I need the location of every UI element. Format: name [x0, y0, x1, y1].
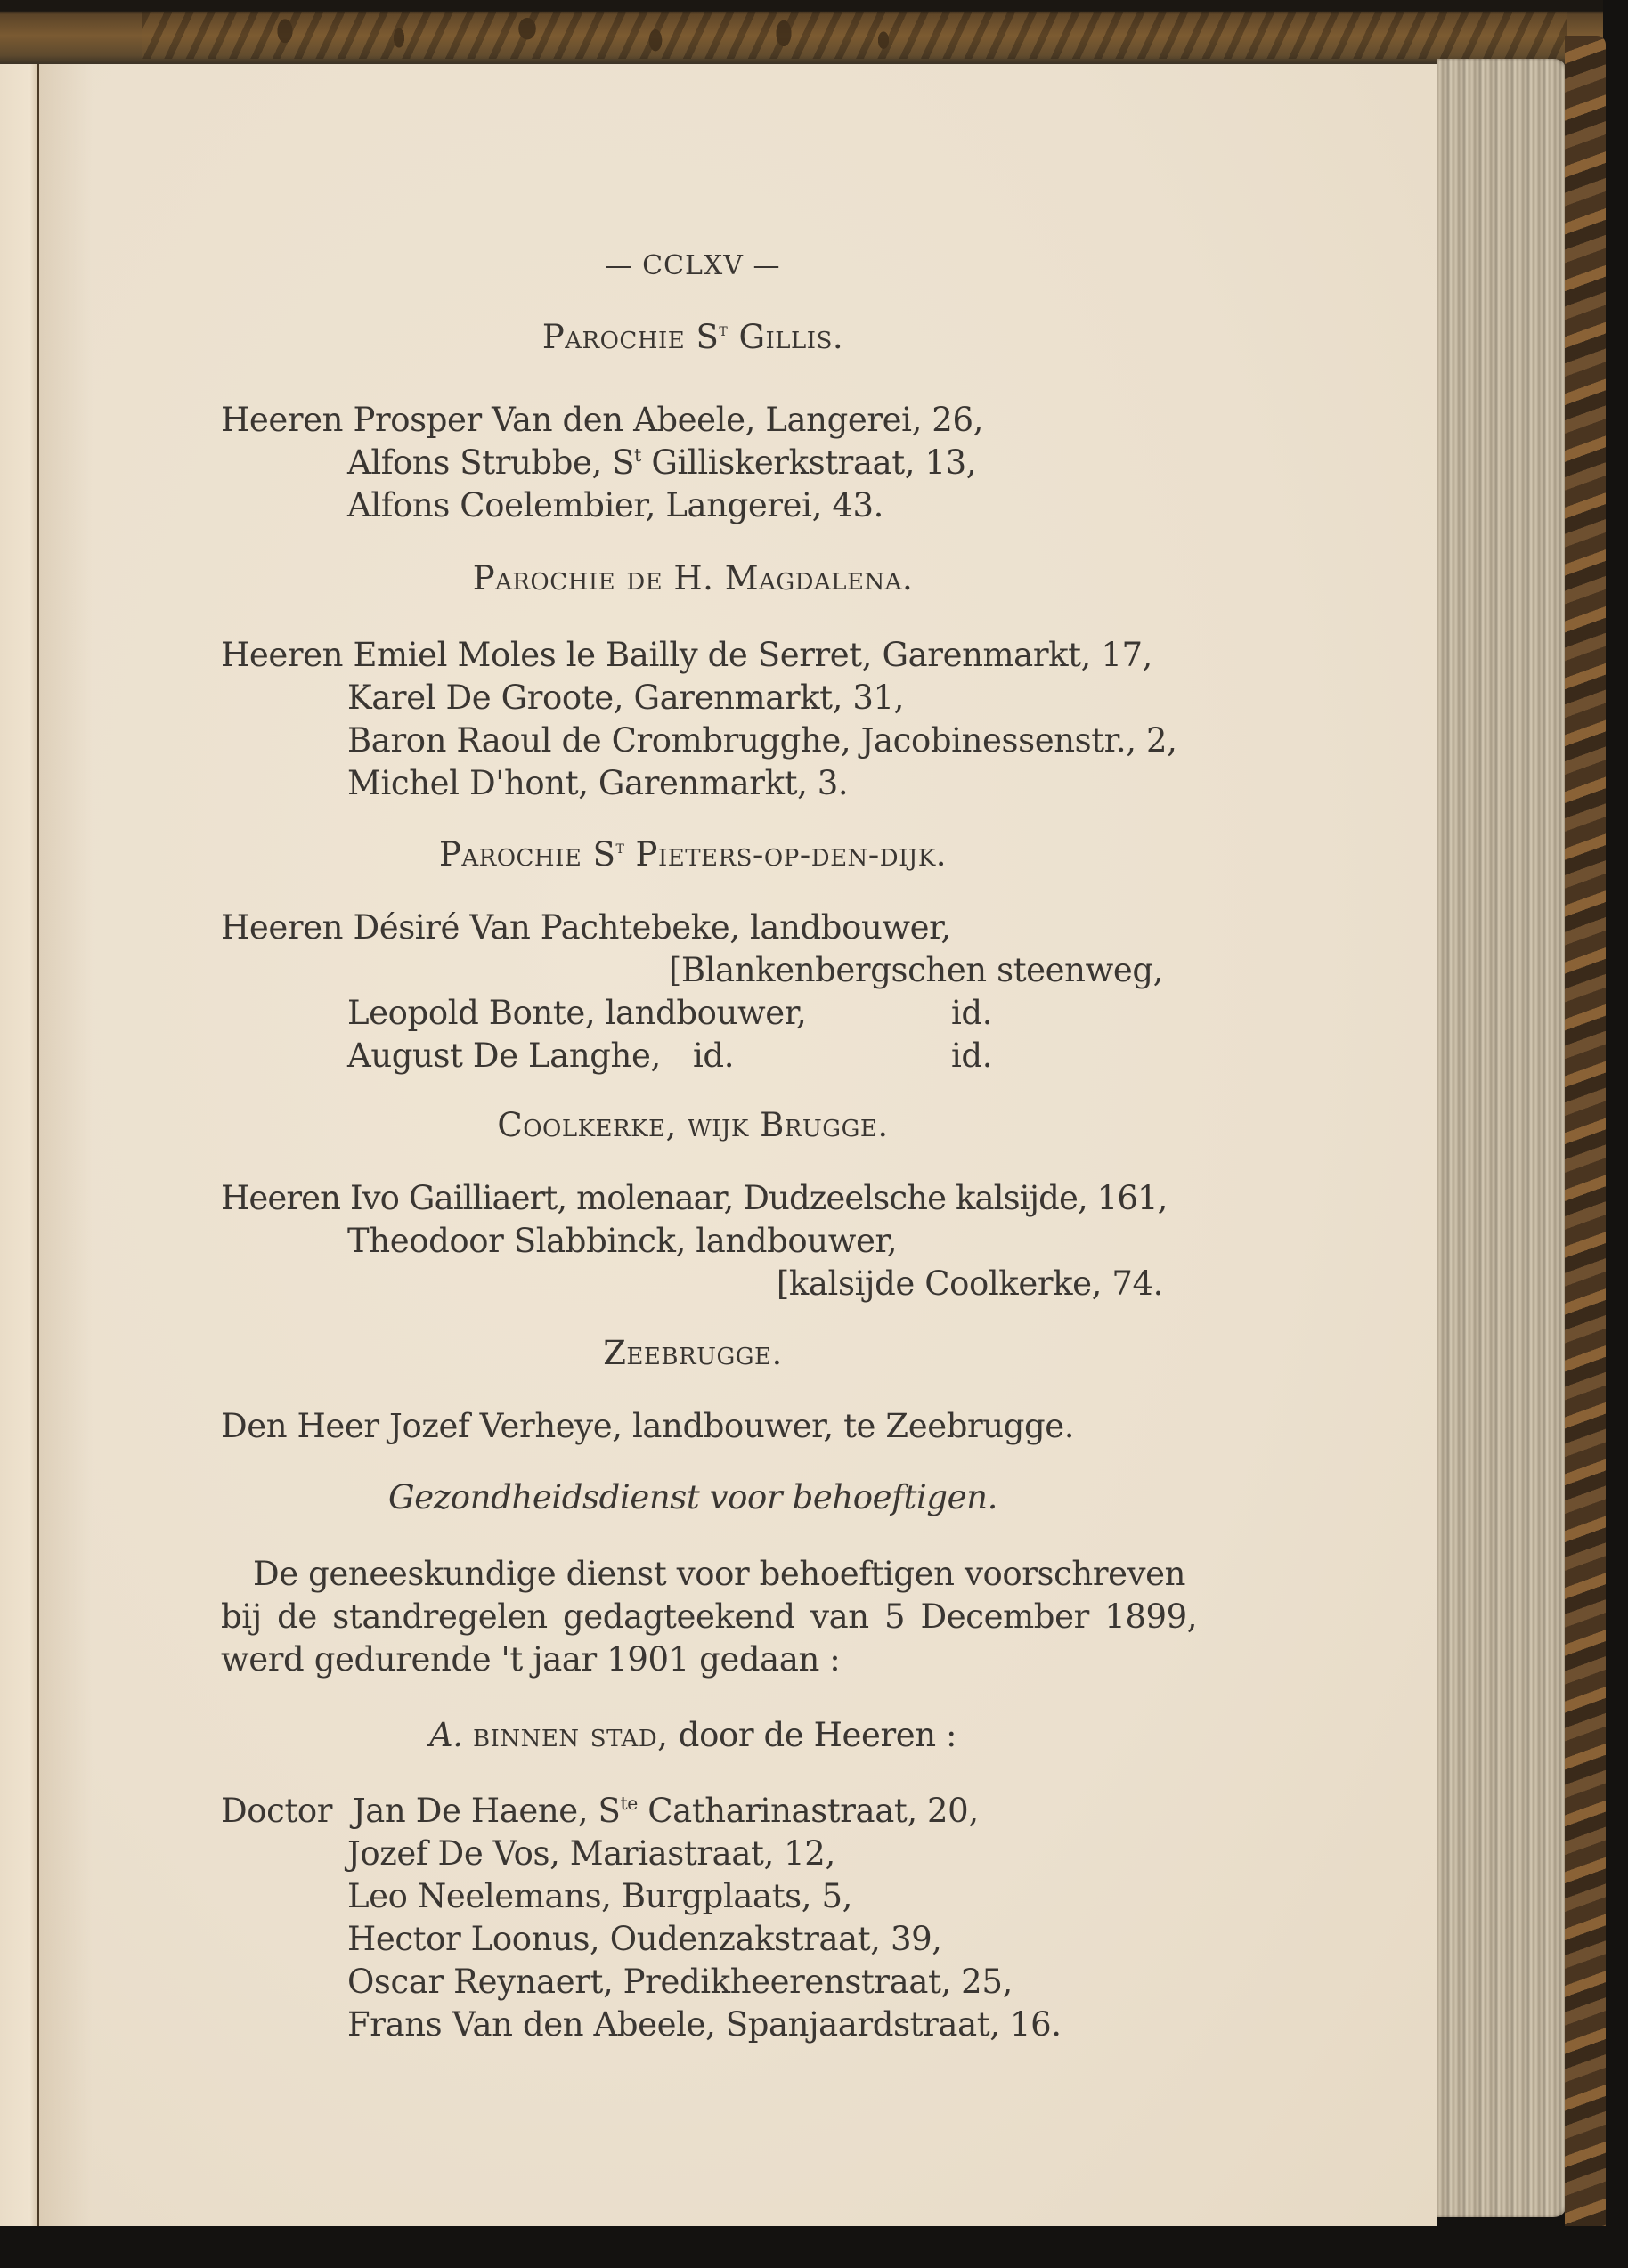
book-cover-top [0, 0, 1603, 64]
list-item: Heeren Prosper Van den Abeele, Langerei,… [221, 399, 983, 442]
list-item: Heeren Ivo Gailliaert, molenaar, Dudzeel… [221, 1177, 1167, 1220]
page-stack-fore-edge [1437, 59, 1567, 2217]
list-item: Heeren Désiré Van Pachtebeke, landbouwer… [221, 906, 951, 949]
list-item: Jozef De Vos, Mariastraat, 12, [347, 1833, 835, 1875]
list-item: Den Heer Jozef Verheye, landbouwer, te Z… [221, 1405, 1074, 1448]
subheading-binnen-stad: A. binnen stad, door de Heeren : [221, 1714, 1165, 1757]
list-item-continuation: [kalsijde Coolkerke, 74. [221, 1263, 1163, 1305]
section-title-health-service: Gezondheidsdienst voor behoeftigen. [221, 1476, 1165, 1519]
list-item: Heeren Emiel Moles le Bailly de Serret, … [221, 634, 1152, 677]
paragraph-line: De geneeskundige dienst voor behoeftigen… [253, 1553, 1185, 1596]
list-item: Alfons Strubbe, St Gilliskerkstraat, 13, [347, 442, 976, 484]
section-heading-zeebrugge: Zeebrugge. [221, 1332, 1165, 1375]
background-bottom [0, 2226, 1628, 2268]
list-item: Alfons Coelembier, Langerei, 43. [347, 484, 883, 527]
list-item: Frans Van den Abeele, Spanjaardstraat, 1… [347, 2004, 1062, 2046]
list-item: Leopold Bonte, landbouwer,id. [347, 992, 1163, 1035]
list-item: Michel D'hont, Garenmarkt, 3. [347, 762, 848, 805]
list-item: Doctor Jan De Haene, Ste Catharinastraat… [221, 1790, 979, 1833]
page-number: — CCLXV — [221, 245, 1165, 288]
section-heading-coolkerke: Coolkerke, wijk Brugge. [221, 1104, 1165, 1147]
marbled-pattern [142, 12, 1567, 59]
list-item: Theodoor Slabbinck, landbouwer, [347, 1220, 897, 1263]
section-heading-st-pieters: Parochie St Pieters-op-den-dijk. [221, 833, 1165, 876]
paragraph-line: werd gedurende 't jaar 1901 gedaan : [221, 1638, 840, 1681]
paragraph-line: bij de standregelen gedagteekend van 5 D… [221, 1596, 1197, 1638]
list-item: Baron Raoul de Crombrugghe, Jacobinessen… [347, 719, 1177, 762]
list-item: Leo Neelemans, Burgplaats, 5, [347, 1875, 852, 1918]
section-heading-magdalena: Parochie de H. Magdalena. [221, 557, 1165, 600]
list-item: August De Langhe,id.id. [347, 1035, 1163, 1077]
previous-page-edge [0, 64, 39, 2228]
book-scan: — CCLXV — Parochie St Gillis. Heeren Pro… [0, 0, 1628, 2268]
gutter-shadow [39, 64, 93, 2228]
list-item-continuation: [Blankenbergschen steenweg, [221, 949, 1163, 992]
list-item: Karel De Groote, Garenmarkt, 31, [347, 677, 904, 719]
section-heading-st-gillis: Parochie St Gillis. [221, 316, 1165, 359]
book-cover-right [1565, 36, 1606, 2244]
list-item: Hector Loonus, Oudenzakstraat, 39, [347, 1918, 942, 1961]
list-item: Oscar Reynaert, Predikheerenstraat, 25, [347, 1961, 1013, 2004]
